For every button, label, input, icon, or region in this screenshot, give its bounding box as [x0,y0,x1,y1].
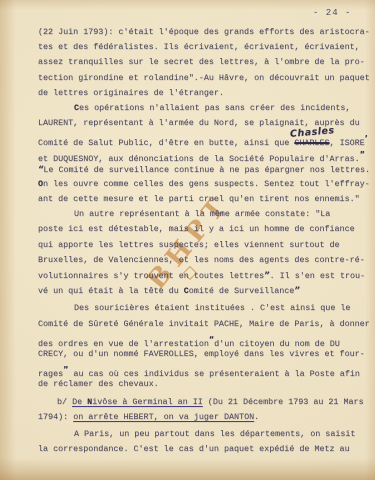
text-line: et DUQUESNOY, aux dénonciations de la So… [38,147,372,162]
handwritten-annotation: Chasles [290,123,336,142]
text-segment: vé un qui était à la tête du [38,286,184,296]
text-segment: Le Comité de surveillance continue à ne … [43,165,370,175]
text-segment: 1794): [38,412,73,422]
text-segment: ant de cette mesure et le parti cruel qu… [38,194,360,204]
text-line: tection girondine et rolandine".-Au Hâvr… [38,71,372,86]
text-segment: de lettres originaires de l'étranger. [38,88,224,98]
text-segment: Bruxelles, de Valenciennes, et les noms … [38,255,365,265]
text-line: Des souricières étaient instituées . C'e… [38,301,372,316]
text-segment: (Du 21 Décembre 1793 au 21 Mars [203,397,364,407]
text-line: ant de cette mesure et le parti cruel qu… [38,192,372,207]
text-segment: de réclamer des chevaux. [38,379,159,389]
text-line: Comité de Salut Public, d'être en butte,… [38,131,372,146]
text-segment: qui apporte les lettres suspectes; elles… [38,240,340,250]
text-segment: omité de Surveillance [189,286,295,296]
typewritten-text-block: (22 Juin 1793): c'était l'époque des gra… [38,25,372,457]
text-line: de réclamer des chevaux. [38,377,372,392]
text-segment: tes et des fédéralistes. Ils écrivaient,… [38,42,360,52]
text-line: “Le Comité de surveillance continue à ne… [38,162,372,177]
text-segment: De [72,397,87,407]
text-line: On les ouvre comme celles des gens suspe… [38,177,372,192]
text-line: Un autre représentant à la même armée co… [38,207,372,222]
text-line: Bruxelles, de Valenciennes, et les noms … [38,253,372,268]
text-segment: (22 Juin 1793): c'était l'époque des gra… [38,27,370,37]
text-segment: tection girondine et rolandine".-Au Hâvr… [38,73,370,83]
handwritten-mark: ” [360,150,365,159]
text-line: rages” au cas où ces individus se présen… [38,362,372,377]
text-segment: CRECY, ou d'un nommé FAVEROLLES, employé… [38,349,365,359]
text-segment: Des souricières étaient instituées . C'e… [74,303,350,313]
handwritten-mark: ’ [365,134,368,143]
text-segment: n les ouvre comme celles des gens suspec… [43,179,370,189]
text-line: volutionnaires s'y trouvent en toutes le… [38,268,372,283]
text-segment: on arrête HEBERT, on va juger DANTON [73,412,254,422]
text-segment: Comité de Sûreté Générale invitait PACHE… [38,319,370,329]
text-line: Ces opérations n'allaient pas sans créer… [38,101,372,116]
text-line: A Paris, un peu partout dans les départe… [38,427,372,442]
handwritten-mark: ” [294,285,299,295]
text-segment: assez tranquilles sur le secret des lett… [38,57,365,67]
text-segment: la correspondance. C'est le cas d'un paq… [38,444,350,454]
text-line: CRECY, ou d'un nommé FAVEROLLES, employé… [38,347,372,362]
text-segment: b/ [57,397,72,407]
text-line: des ordres en vue de l'arrestation“d'un … [38,332,372,347]
text-line: (22 Juin 1793): c'était l'époque des gra… [38,25,372,40]
text-line: vé un qui était à la tête du Comité de S… [38,283,372,298]
text-line: poste ici est détestable, mais il y a ic… [38,222,372,237]
text-line: 1794): on arrête HEBERT, on va juger DAN… [38,410,372,425]
text-line: assez tranquilles sur le secret des lett… [38,55,372,70]
text-segment: . Il s'en est trou- [270,271,366,281]
text-line: la correspondance. C'est le cas d'un paq… [38,442,372,457]
text-segment: Un autre représentant à la même armée co… [74,209,330,219]
text-segment: es opérations n'allaient pas sans créer … [79,103,350,113]
text-line: qui apporte les lettres suspectes; elles… [38,238,372,253]
text-segment: CHARLESChasles [294,138,329,148]
text-segment: poste ici est détestable, mais il y a ic… [38,224,355,234]
page-number: - 24 - [313,8,351,18]
text-segment: ivôse à Germinal an II [92,397,203,407]
text-line: Comité de Sûreté Générale invitait PACHE… [38,317,372,332]
text-line: de lettres originaires de l'étranger. [38,86,372,101]
text-segment: volutionnaires s'y trouvent en toutes le… [38,271,264,281]
text-segment: A Paris, un peu partout dans les départe… [74,429,355,439]
text-line: tes et des fédéralistes. Ils écrivaient,… [38,40,372,55]
document-page: BHPT - 24 - (22 Juin 1793): c'était l'ép… [0,0,375,480]
text-line: b/ De Nivôse à Germinal an II (Du 21 Déc… [38,395,372,410]
text-segment: . [254,412,259,422]
